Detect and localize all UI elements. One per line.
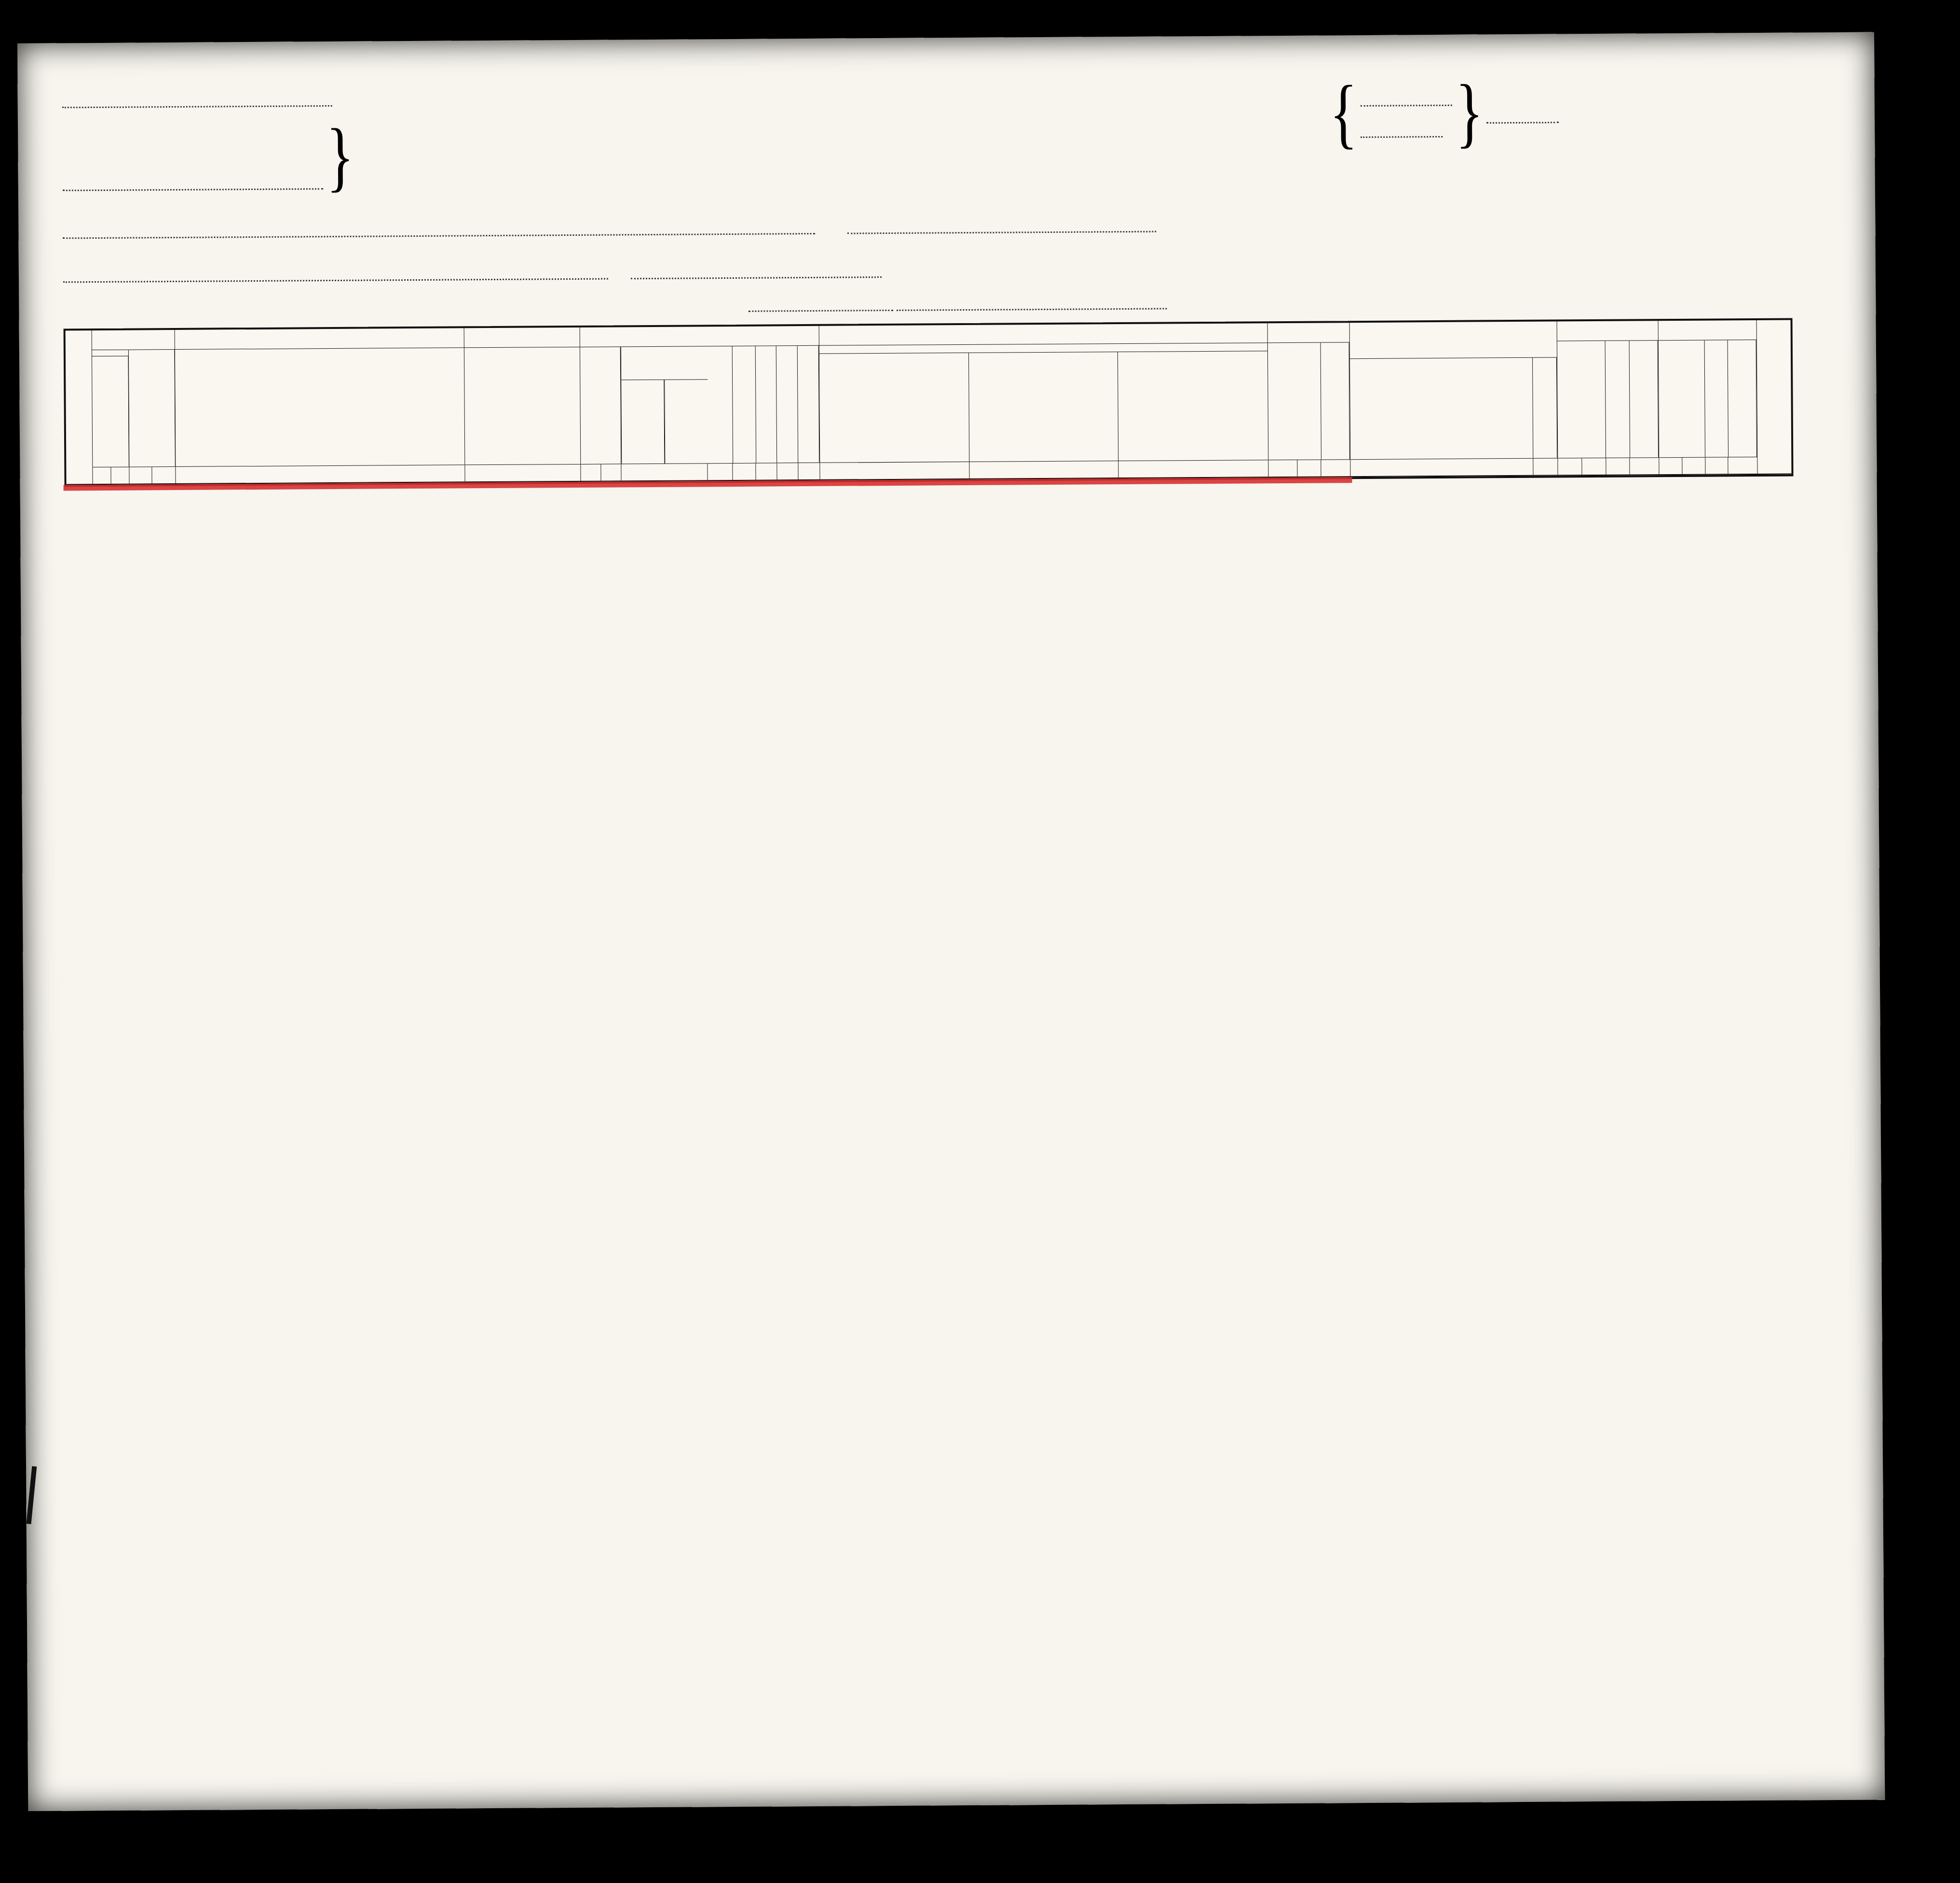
in-cities-label: [92, 350, 128, 356]
district-block: { }: [1329, 64, 1851, 147]
attended-school-column-label: [1557, 341, 1582, 458]
can-speak-english-column-label: [1629, 341, 1659, 457]
colnum-1: [129, 467, 152, 483]
dob-label: [621, 346, 708, 380]
column-group-name: [175, 328, 465, 483]
column-group-location: [92, 330, 176, 484]
column-group-citizenship: [1268, 323, 1351, 477]
colnum-20: [1533, 459, 1557, 475]
occupation-column-label: [1350, 358, 1533, 459]
colnum-7: [621, 464, 708, 480]
colnum-15: [1119, 460, 1268, 478]
colnum-5: [581, 464, 601, 481]
column-group-education: [1557, 321, 1660, 475]
line-number-column-header: [66, 330, 93, 484]
sex-column-label: [600, 347, 621, 464]
colnum-16: [1268, 460, 1297, 477]
right-brace-open: {: [1329, 68, 1358, 158]
column-group-ownership: [1659, 320, 1758, 474]
farm-schedule-column-label: [1728, 340, 1757, 457]
immigration-year-column-label: [1268, 343, 1297, 460]
column-group-nativity: [819, 323, 1269, 479]
owned-rented-column-label: [1659, 341, 1682, 457]
colnum-11: [777, 463, 799, 479]
colnum-2: [152, 467, 176, 483]
census-table: [64, 318, 1794, 487]
can-read-column-label: [1581, 341, 1606, 458]
scan-blot-artifact-3: [1924, 347, 1941, 369]
children-living-column-label: [798, 346, 819, 463]
left-brace-close: }: [326, 111, 354, 202]
relation-title: [464, 327, 580, 348]
free-mortgaged-column-label: [1682, 341, 1705, 457]
pob-mother-column-label: [1118, 351, 1268, 461]
colnum-22: [1582, 458, 1606, 475]
colnum-19: [1350, 459, 1533, 476]
years-married-column-label: [755, 346, 777, 463]
city-line: [63, 253, 1851, 283]
name-note-1: [175, 348, 464, 359]
right-brace-close: }: [1455, 67, 1484, 157]
table-header: [66, 320, 1792, 485]
census-sheet: } { }: [17, 32, 1885, 1811]
color-column-label: [580, 347, 601, 464]
colnum-23: [1606, 458, 1630, 475]
age-column-label: [708, 346, 733, 463]
scan-blot-artifact-2: [1923, 919, 1949, 953]
year-column-label: [665, 380, 708, 464]
colnum-6: [601, 464, 621, 480]
colnum-21: [1558, 458, 1582, 475]
colnum-10: [756, 463, 777, 479]
pob-father-column-label: [969, 352, 1119, 462]
personal-title: [580, 326, 819, 347]
month-column-label: [621, 380, 665, 464]
education-title: [1557, 321, 1658, 341]
colnum-9: [733, 464, 756, 480]
street-column-label: [92, 356, 111, 467]
colnum-13: [820, 462, 969, 479]
schedule-title: [568, 69, 1329, 74]
pob-person-column-label: [819, 353, 969, 463]
scan-edge-shadow: [1940, 1235, 1959, 1476]
colnum-blank-street: [93, 467, 111, 484]
naturalization-column-label: [1320, 342, 1350, 459]
column-group-relation: [464, 327, 581, 481]
name-note-2: [176, 403, 464, 411]
farm-house-column-label: [1704, 340, 1728, 457]
location-title: [92, 330, 175, 350]
ink-scratch-artifact: [27, 1466, 37, 1524]
colnum-blank-house: [111, 467, 129, 484]
nativity-title: [819, 323, 1267, 346]
colnum-24: [1630, 458, 1659, 474]
citizenship-title: [1268, 323, 1349, 343]
line-number-column-header-right: [1757, 320, 1792, 474]
colnum-27: [1705, 457, 1729, 474]
colnum-25: [1659, 458, 1682, 474]
state-county-block: }: [62, 72, 569, 207]
family-column-label: [151, 350, 175, 466]
colnum-26: [1682, 458, 1705, 474]
years-in-us-column-label: [1296, 343, 1321, 460]
colnum-18: [1321, 460, 1350, 476]
can-write-column-label: [1605, 341, 1630, 458]
township-line: [63, 209, 1851, 239]
colnum-8: [708, 464, 733, 480]
colnum-17: [1297, 460, 1321, 477]
name-title: [175, 328, 464, 350]
dwelling-column-label: [129, 350, 152, 466]
house-number-column-label: [110, 356, 129, 467]
colnum-28: [1729, 457, 1757, 474]
colnum-3: [176, 465, 464, 483]
relation-note: [465, 403, 475, 409]
marital-column-label: [732, 346, 756, 463]
colnum-12: [798, 463, 819, 479]
mother-of-column-label: [776, 346, 798, 463]
ownership-title: [1659, 320, 1756, 341]
enumerator-line: [63, 287, 1851, 316]
column-group-personal: [580, 326, 820, 481]
column-group-occupation: [1350, 322, 1558, 477]
colnum-4: [465, 464, 580, 481]
months-not-employed-column-label: [1533, 358, 1557, 458]
occupation-title: [1350, 322, 1557, 359]
colnum-14: [969, 461, 1119, 478]
